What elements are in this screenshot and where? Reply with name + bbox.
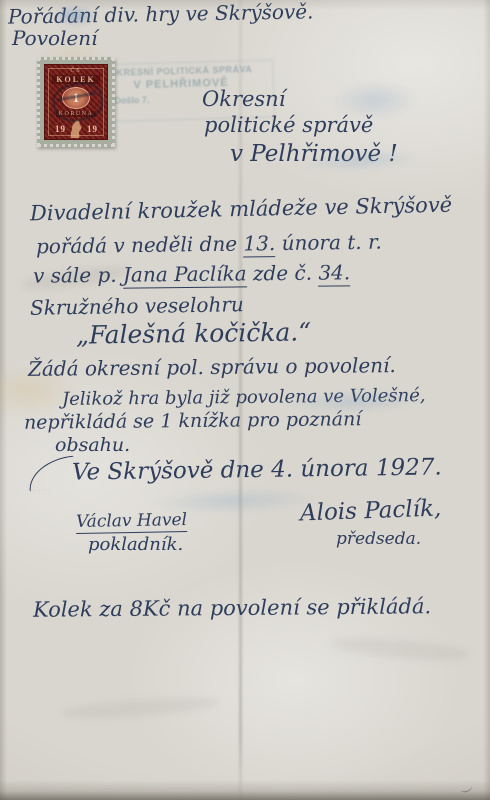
- body-line4: Skružného veselohru: [30, 293, 244, 319]
- paper-wrinkle: [60, 694, 221, 721]
- arrival-stamp: OKRESNÍ POLITICKÁ SPRÁVA V PELHŘIMOVĚ Do…: [96, 64, 267, 106]
- play-title: „Falešná kočička.“: [76, 318, 311, 349]
- stamp-country-label: ČS: [70, 68, 81, 74]
- body-line3: v sále p. Jana Paclíka zde č. 34.: [33, 261, 350, 286]
- signature-left-name: Václav Havel: [76, 511, 187, 532]
- stamp-year-right: 19: [87, 125, 97, 133]
- body-line6: Žádá okresní pol. správu o povolení.: [28, 354, 396, 380]
- ink-bleedthrough: [330, 80, 420, 120]
- stamp-year-left: 19: [55, 125, 65, 133]
- body-line2-pre: pořádá v neděli dne: [36, 232, 244, 259]
- arrival-stamp-place: V PELHŘIMOVĚ: [96, 76, 266, 92]
- signature-right-name: Alois Paclík,: [300, 497, 442, 527]
- body-line2-post: února t. r.: [275, 230, 382, 255]
- date-line: Ve Skrýšově dne 4. února 1927.: [72, 455, 442, 485]
- revenue-stamp: ČS KOLEK 1 KORUNA 19 19: [37, 57, 115, 147]
- signature-left-role: pokladník.: [88, 535, 183, 555]
- stamp-year-row: 19 19: [55, 119, 97, 139]
- treasurer-name: Václav Havel: [76, 510, 187, 534]
- ink-smudge: [52, 6, 98, 26]
- annotation-line2: Povolení: [12, 27, 98, 49]
- revenue-stamp-face: ČS KOLEK 1 KORUNA 19 19: [44, 64, 108, 140]
- document-page: Pořádání div. hry ve Skrýšově. Povolení …: [0, 0, 490, 800]
- pen-flourish: [27, 456, 77, 492]
- performance-day: 13.: [243, 231, 275, 257]
- signature-right-role: předseda.: [336, 530, 421, 549]
- hall-owner-name: Jana Paclíka: [123, 261, 247, 288]
- body-line3-mid: zde č.: [246, 261, 318, 286]
- pencil-mark: [459, 781, 473, 794]
- stamp-fee-note: Kolek za 8Kč na povolení se přikládá.: [33, 595, 431, 622]
- lion-rampant-icon: [67, 119, 85, 139]
- body-line1: Divadelní kroužek mládeže ve Skrýšově: [30, 194, 453, 226]
- paper-wrinkle: [329, 634, 470, 664]
- body-line3-pre: v sále p.: [33, 263, 123, 288]
- body-line2: pořádá v neděli dne 13. února t. r.: [36, 231, 382, 258]
- body-line9: obsahu.: [55, 435, 130, 456]
- ink-bleedthrough: [150, 485, 321, 517]
- house-number: 34.: [318, 260, 350, 286]
